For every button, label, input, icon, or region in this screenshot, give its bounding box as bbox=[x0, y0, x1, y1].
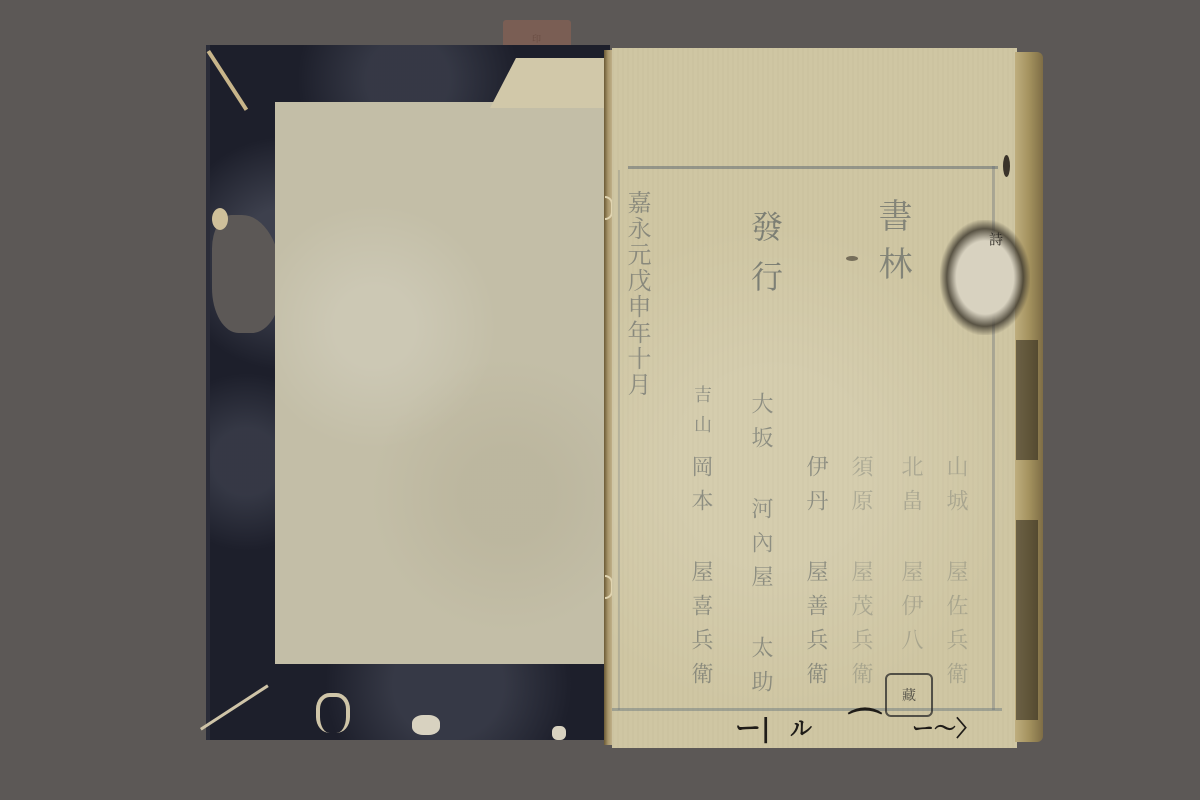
publisher-entry: 伊丹 屋善兵衛 bbox=[800, 455, 831, 696]
edge-ink-stain bbox=[1016, 340, 1038, 460]
owner-seal-stamp: 藏 bbox=[885, 673, 933, 717]
handwritten-ink-mark: ⌒ bbox=[848, 698, 882, 747]
print-frame-bottom bbox=[612, 708, 1002, 711]
publication-date: 嘉永元戊申年十月 bbox=[620, 190, 655, 398]
print-frame-top bbox=[628, 166, 998, 169]
publisher-place: 吉山 bbox=[688, 385, 714, 445]
colophon-title: 書林 bbox=[868, 198, 917, 294]
edge-ink-stain bbox=[1016, 520, 1038, 720]
publisher-label: 發行 bbox=[742, 210, 788, 310]
cover-tear-edge bbox=[212, 208, 228, 230]
cover-edge bbox=[206, 45, 210, 740]
handwritten-ink-mark: ー| bbox=[735, 708, 770, 745]
cover-wear-mark bbox=[316, 693, 350, 733]
book-photograph: 印 書林 發行 嘉永元戊申年十月 大坂 河內屋 太助 吉山 岡本 屋喜兵衛 伊丹… bbox=[0, 0, 1200, 800]
label-fragment-text: 詩 bbox=[985, 232, 1005, 246]
publisher-entry: 北畠 屋伊八 bbox=[895, 455, 926, 662]
publisher-entry: 大坂 河內屋 太助 bbox=[745, 392, 776, 704]
handwritten-ink-mark: ル bbox=[790, 712, 812, 743]
handwritten-ink-mark: ー〜〉 bbox=[912, 712, 978, 743]
cover-wear-mark bbox=[552, 726, 566, 740]
publisher-entry: 岡本 屋喜兵衛 bbox=[685, 455, 716, 696]
endpaper bbox=[275, 102, 607, 664]
page-stain bbox=[1003, 155, 1010, 177]
publisher-entry: 山城 屋佐兵衛 bbox=[940, 455, 971, 696]
publisher-entry: 須原 屋茂兵衛 bbox=[845, 455, 876, 696]
cover-wear-mark bbox=[412, 715, 440, 735]
page-stain bbox=[846, 256, 858, 261]
